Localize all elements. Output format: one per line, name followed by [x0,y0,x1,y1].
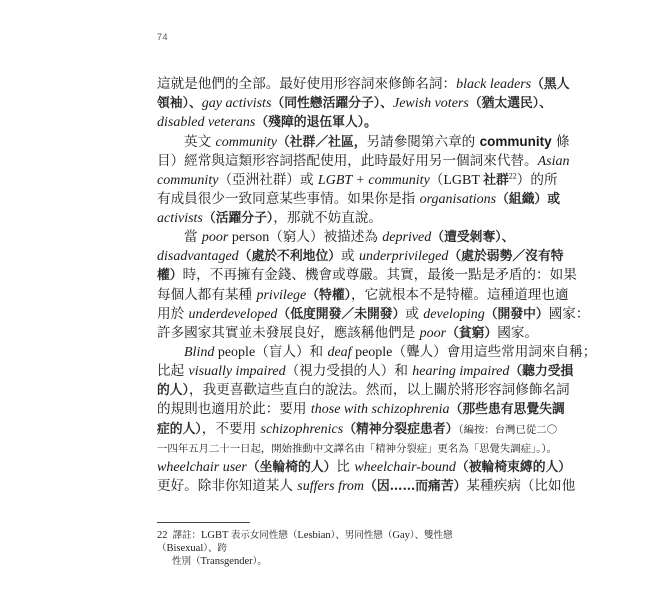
text-line: disadvantaged（處於不利地位）或 underprivileged（處… [157,247,487,266]
text-segment: 的人） [157,383,189,398]
text-segment: （社群／社區， [277,135,367,150]
text-segment: （聽力受損 [509,364,573,379]
text-segment: people [352,345,393,360]
text-line: 許多國家其實並未發展良好，應該稱他們是 poor（貧窮）國家。 [157,324,487,343]
text-line: 一四年五月二十一日起，開始推動中文譯名由「精神分裂症」更名為「思覺失調症」。）。 [157,439,487,458]
text-segment: （猶太選民）、 [469,96,552,111]
footnote-line-1: 22譯註：LGBT 表示女同性戀（Lesbian）、男同性戀（Gay）、雙性戀（… [157,529,497,555]
text-segment: ，它就根本不是特權。這種道理也適 [351,287,569,303]
text-segment: developing [423,307,484,322]
text-segment: person [228,230,269,245]
page-number: 74 [157,32,168,42]
text-line: 這就是他們的全部。最好使用形容詞來修飾名詞：black leaders（黑人 [157,75,487,94]
text-segment: people [214,345,255,360]
text-segment: poor [202,230,228,245]
text-segment: suffers from [297,479,364,494]
text-segment: （亞洲社群）或 [218,172,317,188]
text-segment: 有成員很少一致同意某些事情。如果你是指 [157,191,420,207]
text-segment: activists [157,211,203,226]
text-segment: deaf [327,345,351,360]
text-segment: （ [430,172,444,188]
text-segment: community [480,134,552,149]
text-line: 目）經常與這類形容詞搭配使用，此時最好用另一個詞來代替。Asian [157,152,487,171]
text-segment: community [157,173,218,188]
text-segment: （開發中） [485,307,549,322]
text-segment: Gay [392,530,410,541]
text-segment: 的規則也適用於此：要用 [157,401,311,417]
text-segment: hearing impaired [412,364,509,379]
text-segment: （貧窮） [446,326,497,341]
text-line: disabled veterans（殘障的退伍軍人）。 [157,113,487,132]
text-line: 症的人），不要用 schizophrenics（精神分裂症患者）（編按：台灣已從… [157,420,487,439]
text-line: 更好。除非你知道某人 suffers from（因……而痛苦）某種疾病（比如他 [157,477,487,496]
footnote-number: 22 [157,530,168,541]
text-segment: （精神分裂症患者） [343,422,458,437]
footnote-divider [157,522,250,523]
text-segment: LGBT [201,530,231,541]
text-segment: wheelchair user [157,460,247,475]
text-segment: （坐輪椅的人） [247,460,337,475]
text-line: 用於 underdeveloped（低度開發／未開發）或 developing（… [157,305,487,324]
text-segment: 時，不再擁有金錢、機會或尊嚴。其實，最後一點是矛盾的：如果 [183,267,577,283]
text-segment: （同性戀活躍分子）、 [271,96,393,111]
text-segment: disabled veterans [157,115,255,130]
text-segment: 領袖）、 [157,96,202,111]
footnote: 22譯註：LGBT 表示女同性戀（Lesbian）、男同性戀（Gay）、雙性戀（… [157,529,497,568]
text-segment: wheelchair-bound [354,460,456,475]
text-segment: 譯註： [173,530,202,541]
text-segment: black leaders [456,77,531,92]
text-segment: LGBT + community [318,173,430,188]
text-segment: 性別（ [172,556,201,567]
text-segment: （處於弱勢／沒有特 [448,249,563,264]
text-segment: 或 [405,306,423,322]
text-segment: 表示女同性戀（ [231,530,298,541]
text-segment: 目）經常與這類形容詞搭配使用，此時最好用另一個詞來代替。 [157,153,538,169]
text-segment: underdeveloped [189,307,278,322]
text-line: 權）時，不再擁有金錢、機會或尊嚴。其實，最後一點是矛盾的：如果 [157,266,487,285]
text-segment: 更好。除非你知道某人 [157,478,297,494]
text-line: 英文 community（社群／社區，另請參閱第六章的 community 條 [157,132,487,151]
text-segment: schizophrenics [261,422,344,437]
text-segment: community [216,135,277,150]
text-segment: Jewish voters [393,96,469,111]
text-segment: visually impaired [189,364,286,379]
text-segment: （處於不利地位） [239,249,341,264]
text-line: 當 poor person（窮人）被描述為 deprived（遭受剝奪）、 [157,228,487,247]
text-segment: 某種疾病（比如他 [466,478,575,494]
text-line: community（亞洲社群）或 LGBT + community（LGBT 社… [157,171,487,190]
text-segment: （聾人）會用這些常用詞來自稱； [392,344,596,360]
text-segment: （低度開發／未開發） [277,307,405,322]
text-line: 有成員很少一致同意某些事情。如果你是指 organisations（組織）或 [157,190,487,209]
text-segment: Blind [184,345,214,360]
footnote-line-2: 性別（Transgender）。 [157,555,497,568]
text-line: activists（活躍分子），那就不妨直說。 [157,209,487,228]
text-segment: privilege [256,288,306,303]
text-segment: ）。 [253,556,267,567]
text-segment: gay activists [202,96,272,111]
text-segment: ，我更喜歡這些直白的說法。然而，以上關於將形容詞修飾名詞 [189,382,570,398]
text-segment: 另請參閱第六章的 [367,134,480,150]
text-segment: 一四年五月二十一日起，開始推動中文譯名由「精神分裂症」更名為「思覺失調症」。）。 [157,443,557,455]
text-line: 的規則也適用於此：要用 those with schizophrenia（那些患… [157,400,487,419]
text-segment: 這就是他們的全部。最好使用形容詞來修飾名詞： [157,76,456,92]
text-segment: 每個人都有某種 [157,287,256,303]
text-segment: poor [420,326,446,341]
text-segment: （視力受損的人）和 [286,363,413,379]
text-segment: （黑人 [531,77,569,92]
text-segment: （那些患有思覺失調 [450,402,565,417]
footnote-text: 譯註：LGBT 表示女同性戀（Lesbian）、男同性戀（Gay）、雙性戀（Bi… [157,530,453,554]
text-segment: 比起 [157,363,189,379]
text-segment: （被輪椅束縛的人） [456,460,571,475]
text-segment: deprived [382,230,431,245]
text-segment: 症的人） [157,422,202,437]
text-segment: Asian [538,154,570,169]
text-segment: disadvantaged [157,249,239,264]
text-segment: Bisexual [167,543,204,554]
text-segment: ，那就不妨直說。 [273,210,382,226]
text-segment: 國家： [549,306,590,322]
text-line: 比起 visually impaired（視力受損的人）和 hearing im… [157,362,487,381]
text-segment: （遭受剝奪）、 [431,230,514,245]
text-segment: （殘障的退伍軍人）。 [255,115,377,130]
text-segment: 社群 [483,173,509,188]
text-segment: underprivileged [359,249,448,264]
text-segment: （窮人）被描述為 [269,229,382,245]
text-segment: 條 [552,134,570,150]
text-segment: 或 [341,248,359,264]
text-line: 的人），我更喜歡這些直白的說法。然而，以上關於將形容詞修飾名詞 [157,381,487,400]
text-line: 領袖）、gay activists（同性戀活躍分子）、Jewish voters… [157,94,487,113]
text-segment: 比 [336,459,354,475]
body-text: 這就是他們的全部。最好使用形容詞來修飾名詞：black leaders（黑人領袖… [157,75,487,496]
text-segment: LGBT [443,173,483,188]
text-segment: ，不要用 [202,421,261,437]
text-segment: （組織）或 [496,192,560,207]
text-segment: Lesbian [297,530,330,541]
text-segment: ）的所 [517,172,558,188]
text-segment: （編按：台灣已從二〇 [458,424,557,436]
text-segment: those with schizophrenia [311,402,450,417]
text-line: Blind people（盲人）和 deaf people（聾人）會用這些常用詞… [157,343,487,362]
text-line: wheelchair user（坐輪椅的人）比 wheelchair-bound… [157,458,487,477]
text-segment: 權） [157,268,183,283]
text-segment: 用於 [157,306,189,322]
text-segment: Transgender [201,556,253,567]
text-segment: ）、男同性戀（ [331,530,393,541]
text-segment: ）、跨 [203,543,227,554]
text-segment: （特權） [306,288,351,303]
footnote-reference[interactable]: 22 [509,171,517,180]
text-segment: （因……而痛苦） [364,479,466,494]
text-segment: 許多國家其實並未發展良好，應該稱他們是 [157,325,420,341]
text-segment: （活躍分子） [203,211,273,226]
text-segment: organisations [420,192,497,207]
text-line: 每個人都有某種 privilege（特權），它就根本不是特權。這種道理也適 [157,286,487,305]
text-segment: 英文 [184,134,216,150]
text-segment: 國家。 [497,325,538,341]
text-segment: 當 [184,229,202,245]
text-segment: （盲人）和 [255,344,327,360]
